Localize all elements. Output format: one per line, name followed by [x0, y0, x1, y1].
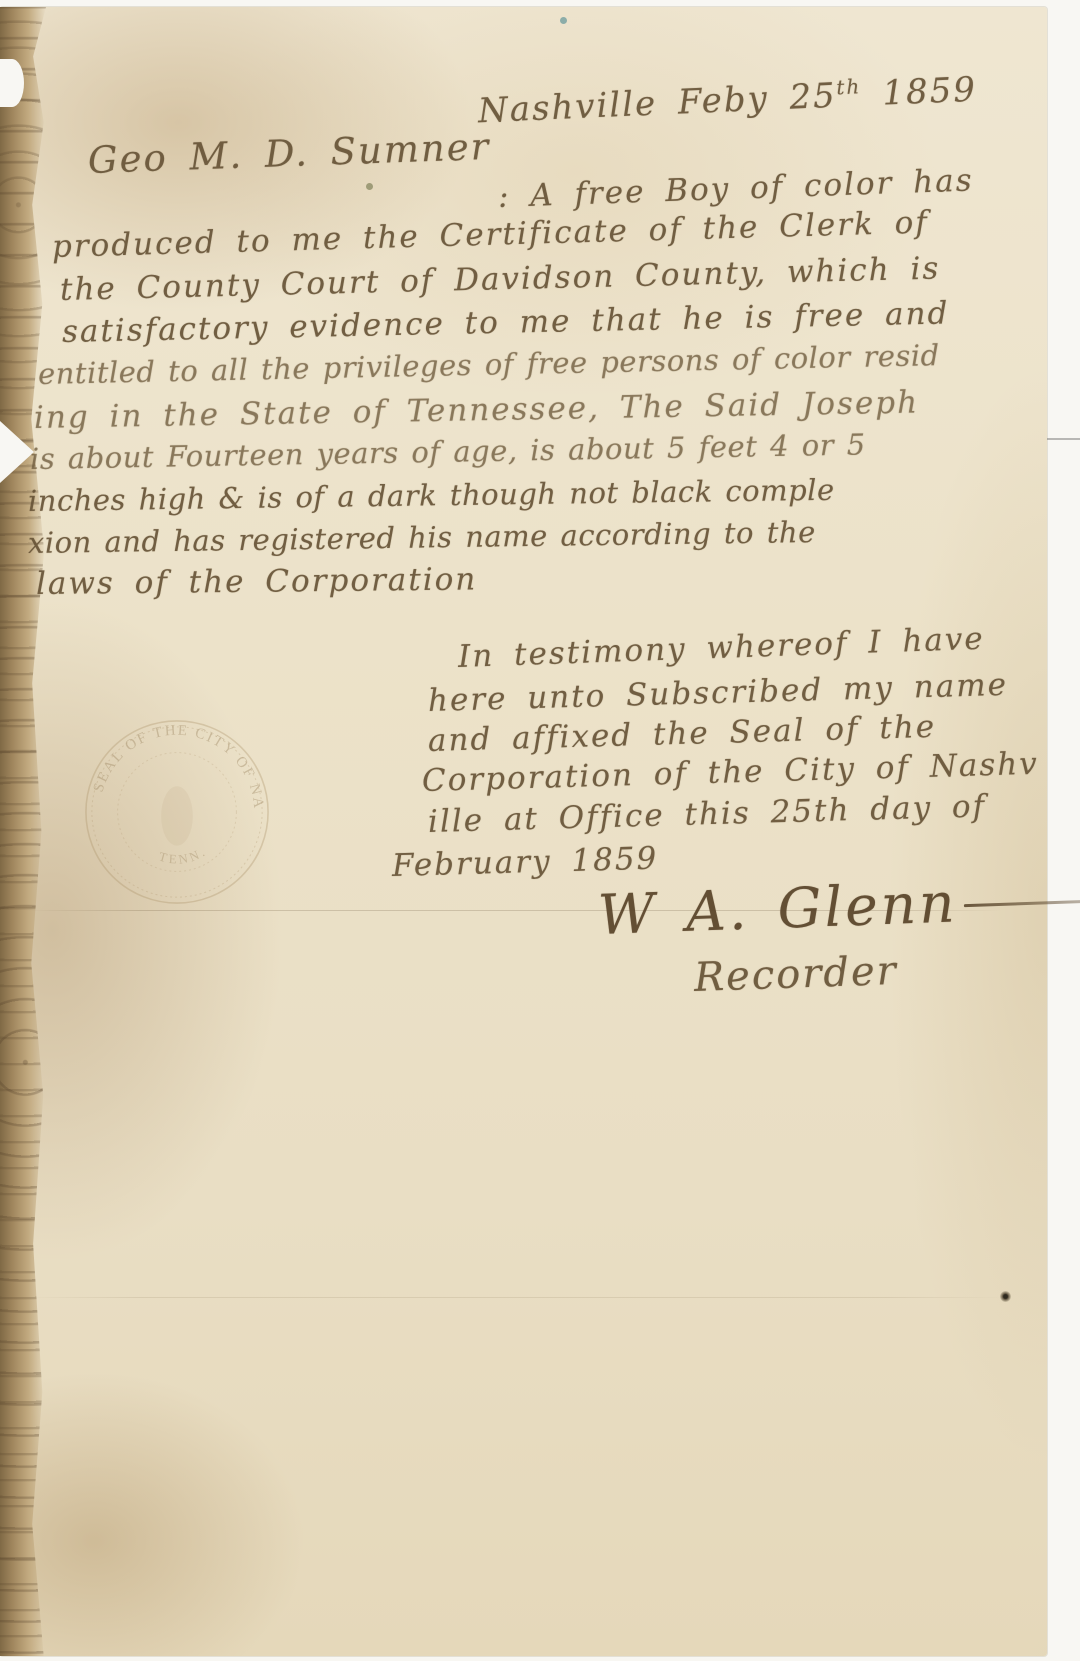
closing-line: February 1859: [391, 841, 658, 884]
torn-binding-edge: [0, 7, 46, 1656]
paper-sheet: SEAL OF THE CITY OF NASHVILLE TENN. Nash…: [0, 7, 1047, 1656]
seal-bottom-text: TENN.: [157, 844, 209, 867]
salutation-line: Geo M. D. Sumner: [87, 125, 491, 182]
ink-speck: [366, 183, 373, 190]
fold-crease-line: [24, 1297, 1003, 1298]
dateline-year: 1859: [882, 70, 978, 114]
scanner-edge-mark: [1047, 438, 1080, 440]
dateline-superscript: th: [836, 74, 862, 99]
torn-gap: [0, 59, 24, 107]
dateline-text: Nashville Feby 25: [477, 76, 837, 132]
closing-line: In testimony whereof I have: [457, 621, 985, 675]
dateline: Nashville Feby 25th 1859: [477, 69, 978, 131]
scanned-document: SEAL OF THE CITY OF NASHVILLE TENN. Nash…: [0, 0, 1080, 1661]
signature-name: W A. Glenn: [597, 870, 959, 947]
svg-text:TENN.: TENN.: [157, 844, 209, 867]
signature-flourish: [963, 900, 1080, 908]
body-line: is about Fourteen years of age, is about…: [30, 427, 866, 476]
body-line: laws of the Corporation: [36, 561, 478, 602]
body-line: inches high & is of a dark though not bl…: [28, 473, 835, 518]
signature-title: Recorder: [693, 948, 898, 1001]
signature: W A. Glenn: [597, 866, 1080, 947]
ink-speck: [560, 17, 567, 24]
embossed-city-seal: SEAL OF THE CITY OF NASHVILLE TENN.: [78, 713, 276, 911]
body-line: xion and has registered his name accordi…: [28, 515, 816, 560]
pin-hole-dot: [1000, 1291, 1011, 1302]
seal-figure: [161, 786, 193, 845]
